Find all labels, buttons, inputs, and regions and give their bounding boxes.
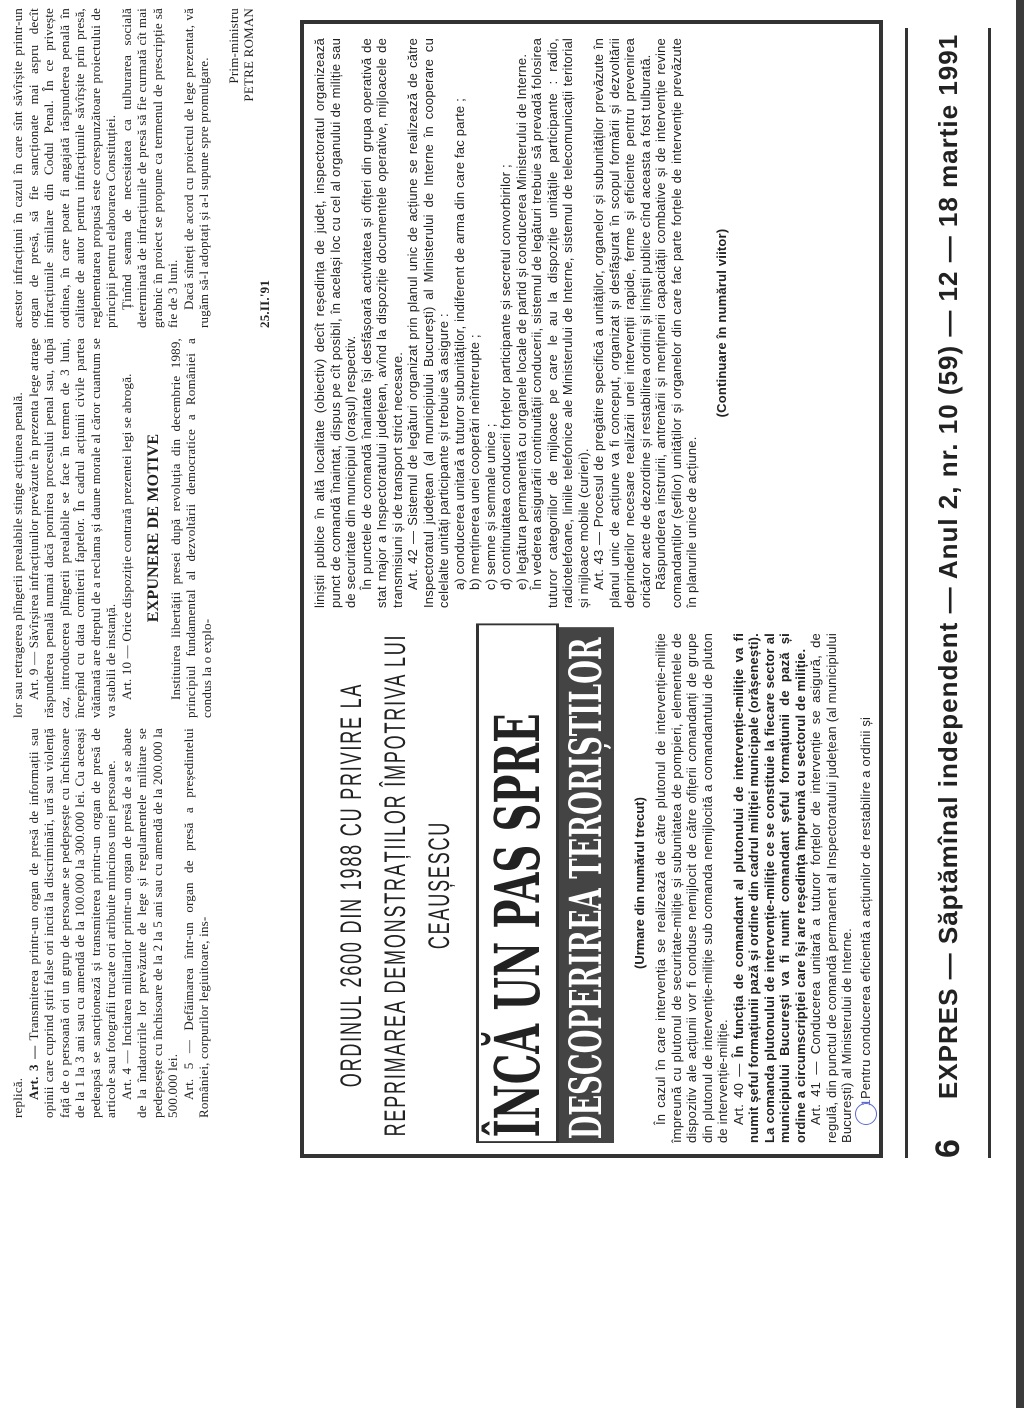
art5-label: Art. 5 — [181,1040,196,1100]
art9-label: Art. 9 — [26,652,41,700]
law-column-3: acestor infracțiuni în cazul în care sîn… [10,8,272,328]
signature-title: Prim-ministru [226,8,242,328]
col2-lead: lor sau retragerea plîngerii prealabile … [10,338,26,718]
art42-text: Sistemul de legături organizat prin plan… [405,38,451,608]
list-item-b: b) menținerea unei cooperări neîntrerupt… [467,38,483,608]
article-subheadline: DESCOPERIREA TERORIȘTILOR [559,627,614,1143]
article-p1: În cazul în care intervenția se realizea… [653,633,731,1143]
art42-label: Art. 42 — [405,531,420,590]
article-headline: ÎNCĂ UN PAS SPRE [476,623,559,1143]
article-col2-p2: În punctele de comandă înaintate își des… [359,38,406,608]
article-left-block: ORDINUL 2600 DIN 1988 CU PRIVIRE LA REPR… [310,623,877,1143]
art4-label: Art. 4 — [119,1050,134,1100]
expunere-heading: EXPUNERE DE MOTIVE [146,338,162,718]
col1-lead: replică. [10,728,26,1118]
article-col2-p4: Răspunderea instruirii, antrenării și me… [653,38,700,608]
art10-text: Orice dispoziție contrară prezentei legi… [119,373,134,641]
page-number: 6 [929,1139,968,1158]
art40-label: Art. 40 — [731,1064,746,1125]
continued-from-note: (Urmare din numărul trecut) [632,623,647,1143]
signature-name: PETRE ROMAN [241,8,257,328]
document-date: 25.II.'91 [257,8,273,328]
article-column-1: În cazul în care intervenția se realizea… [653,633,877,1143]
article-p-last: Pentru conducerea eficientă a acțiunilor… [858,717,873,1099]
article-column-2: liniștii publice în altă localitate (obi… [312,38,729,608]
col3-text3: Dacă sînteți de acord cu proiectul de le… [181,8,212,328]
art43-label: Art. 43 — [591,532,606,590]
article-col2-p3: În vederea asigurării continuității cond… [529,38,591,608]
rotated-newspaper-page: replică. Art. 3 — Transmiterea printr-un… [0,0,1024,1408]
list-item-d: d) continuitatea conducerii forțelor par… [498,38,514,608]
art41-label: Art. 41 — [808,1061,823,1125]
art43-text: Procesul de pregătire specifică a unităț… [591,38,653,608]
list-item-a: a) conducerea unitară a tuturor subunită… [452,38,468,608]
law-column-1: replică. Art. 3 — Transmiterea printr-un… [10,728,212,1118]
article-kicker: ORDINUL 2600 DIN 1988 CU PRIVIRE LA REPR… [330,627,462,1143]
list-item-e: e) legătura permanentă cu organele local… [514,38,530,608]
col3-text1: acestor infracțiuni în cazul în care sîn… [10,8,119,328]
masthead-text: EXPRES — Săptămînal independent — Anul 2… [933,34,964,1099]
list-item-c: c) semne și semnale unice ; [483,38,499,608]
handwritten-mark: 1 [855,1103,877,1125]
law-column-2: lor sau retragerea plîngerii prealabile … [10,338,214,718]
motive-text: Instituirea libertății presei după revol… [168,338,215,718]
art10-label: Art. 10 — [119,645,134,700]
continued-to-note: (Continuare în numărul viitor) [714,38,730,608]
footer-masthead-bar: 6 EXPRES — Săptămînal independent — Anul… [905,28,991,1158]
col3-text2: Ținînd seama de necesitatea ca tulburare… [119,8,181,328]
article-col2-p1: liniștii publice în altă localitate (obi… [312,38,359,608]
art3-label: Art. 3 — [26,1046,41,1100]
